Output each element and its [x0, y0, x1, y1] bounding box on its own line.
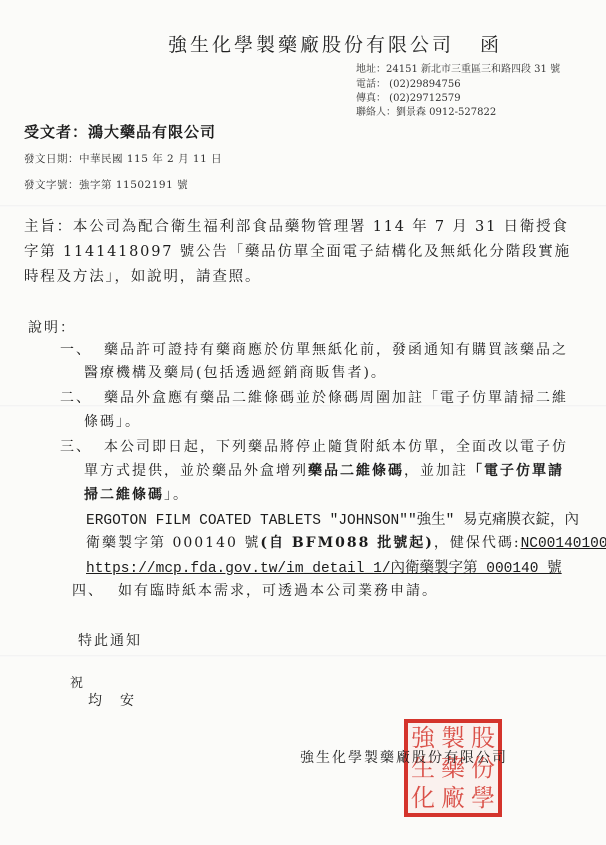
closing-notice: 特此通知	[78, 630, 142, 650]
product-license-line: 衛藥製字第 000140 號(自 BFM088 批號起)，健保代碼:NC0014…	[86, 532, 606, 552]
item-2-line-1: 藥品外盒應有藥品二維條碼並於條碼周圍加註「電子仿單請掃二維	[104, 387, 568, 407]
product-name-line: ERGOTON FILM COATED TABLETS "JOHNSON""強生…	[86, 508, 579, 529]
signer-company: 強生化學製藥廠股份有限公司	[300, 747, 508, 767]
seal-char: 學	[468, 783, 498, 813]
subject-line-1: 主旨：本公司為配合衛生福利部食品藥物管理署 114 年 7 月 31 日衛授食	[24, 215, 569, 236]
seal-char: 化	[408, 783, 438, 813]
item-1-number: 一、	[60, 339, 92, 359]
company-letterhead-title: 強生化學製藥廠股份有限公司函	[168, 30, 502, 57]
explanation-heading: 說明：	[28, 317, 76, 337]
nhi-code: NC00140100	[521, 536, 606, 552]
company-fax: 傳真： (02)29712579	[356, 89, 461, 104]
item-2-line-2: 條碼」。	[84, 411, 141, 431]
paper-fold	[0, 205, 606, 207]
item-3-line-1: 本公司即日起，下列藥品將停止隨貨附紙本仿單，全面改以電子仿	[104, 436, 568, 456]
recipient: 受文者：鴻大藥品有限公司	[24, 121, 216, 142]
seal-char: 廠	[438, 783, 468, 813]
regards-line-2: 均 安	[88, 690, 136, 710]
nhi-code-label: ，健保代碼:	[434, 535, 521, 551]
item-3-emphasis-barcode: 藥品二維條碼	[308, 463, 404, 479]
company-contact: 聯絡人：劉景森 0912-527822	[356, 103, 496, 118]
issue-date: 發文日期：中華民國 115 年 2 月 11 日	[24, 151, 222, 166]
item-2-number: 二、	[60, 387, 92, 407]
document-number: 發文字號：強字第 11502191 號	[24, 177, 188, 192]
company-name: 強生化學製藥廠股份有限公司	[168, 34, 454, 56]
item-3-text: ，並加註	[404, 463, 468, 479]
company-phone: 電話： (02)29894756	[356, 75, 461, 90]
document-type: 函	[480, 34, 502, 56]
company-seal-stamp: 強 製 股 生 藥 份 化 廠 學	[404, 719, 502, 817]
item-1-line-1: 藥品許可證持有藥商應於仿單無紙化前，發函通知有購買該藥品之	[104, 339, 568, 359]
paper-fold	[0, 405, 606, 407]
item-3-text: 單方式提供，並於藥品外盒增列	[84, 463, 308, 479]
item-3-text: 」。	[164, 487, 189, 503]
item-3-line-3: 掃二維條碼」。	[84, 484, 189, 504]
license-number: 衛藥製字第 000140 號	[86, 535, 260, 551]
item-1-line-2: 醫療機構及藥局(包括透過經銷商販售者)。	[84, 362, 387, 382]
leaflet-url-link[interactable]: https://mcp.fda.gov.tw/im_detail_1/內衛藥製字…	[86, 556, 562, 577]
item-3-line-2: 單方式提供，並於藥品外盒增列藥品二維條碼，並加註「電子仿單請	[84, 460, 564, 480]
item-4-line-1: 如有臨時紙本需求，可透過本公司業務申請。	[118, 580, 438, 600]
subject-line-3: 時程及方法」，如說明，請查照。	[24, 265, 261, 286]
item-4-number: 四、	[72, 580, 104, 600]
regards-line-1: 祝	[70, 672, 85, 691]
item-3-emphasis-label: 掃二維條碼	[84, 487, 164, 503]
subject-line-2: 字第 1141418097 號公告「藥品仿單全面電子結構化及無紙化分階段實施	[24, 240, 571, 261]
paper-fold	[0, 655, 606, 657]
item-3-emphasis-label: 「電子仿單請	[468, 463, 564, 479]
batch-start: (自 BFM088 批號起)	[260, 535, 434, 551]
company-address: 地址：24151 新北市三重區三和路四段 31 號	[356, 60, 560, 75]
item-3-number: 三、	[60, 436, 92, 456]
